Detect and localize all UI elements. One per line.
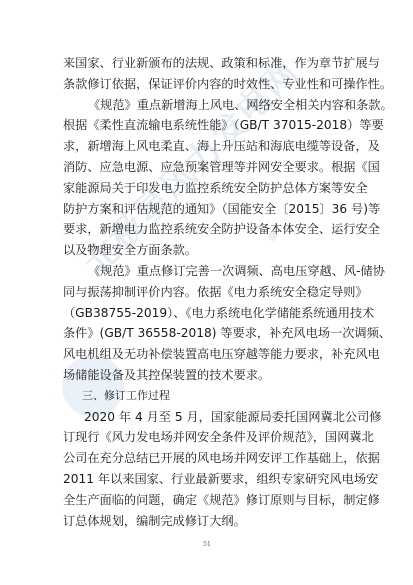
paragraph-line: 以及物理安全方面条款。 (63, 242, 351, 258)
paragraph-line: 要求，新增电力监控系统安全防护设备本体安全、运行安全 (63, 221, 351, 237)
paragraph-line: 条件》(GB/T 36558-2018) 等要求，补充风电场一次调频、 (63, 325, 351, 341)
section-heading: 三、修订工作过程 (82, 388, 370, 404)
paragraph-line: 求，新增海上风电柔直、海上升压站和海底电缆等设备，及 (63, 138, 351, 154)
paragraph-line: 消防、应急电源、应急预案管理等并网安全要求。根据《国 (63, 159, 351, 175)
paragraph-line: 家能源局关于印发电力监控系统安全防护总体方案等安全 (63, 180, 351, 196)
paragraph-line: 来国家、行业新颁布的法规、政策和标准，作为章节扩展与 (63, 55, 351, 71)
paragraph-line: 《规范》重点修订完善一次调频、高电压穿越、风-储协 (88, 263, 351, 279)
watermark-logo-icon (62, 355, 124, 417)
paragraph-line: 公司在充分总结已开展的风电场并网安评工作基础上，依据 (63, 450, 351, 466)
paragraph-line: 2020 年 4 月至 5 月，国家能源局委托国网冀北公司修 (84, 409, 351, 425)
paragraph-line: 根据《柔性直流输电系统性能》（GB/T 37015-2018）等要 (63, 117, 351, 133)
paragraph-line: 风电机组及无功补偿装置高电压穿越等能力要求，补充风电 (63, 346, 351, 362)
paragraph-line: 订现行《风力发电场并网安全条件及评价规范》，国网冀北 (63, 429, 351, 445)
paragraph-line: 《规范》重点新增海上风电、网络安全相关内容和条款。 (88, 97, 351, 113)
paragraph-line: 订总体规划，编制完成修订大纲。 (63, 513, 351, 529)
paragraph-line: 全生产面临的问题，确定《规范》修订原则与目标，制定修 (63, 492, 351, 508)
paragraph-line: 场储能设备及其控保装置的技术要求。 (63, 367, 351, 383)
paragraph-line: （GB38755-2019）、《电力系统电化学储能系统通用技术 (63, 305, 351, 321)
document-page: 北极星风力发电网 来国家、行业新颁布的法规、政策和标准，作为章节扩展与 条款修订… (0, 0, 413, 585)
paragraph-line: 条款修订依据，保证评价内容的时效性、专业性和可操作性。 (63, 76, 351, 92)
paragraph-line: 2011 年以来国家、行业最新要求，组织专家研究风电场安 (63, 471, 351, 487)
paragraph-line: 防护方案和评估规范的通知》（国能安全〔2015〕36 号)等 (63, 201, 351, 217)
paragraph-line: 同与振荡抑制评价内容。依据《电力系统安全稳定导则》 (63, 284, 351, 300)
page-number: 51 (200, 541, 214, 548)
